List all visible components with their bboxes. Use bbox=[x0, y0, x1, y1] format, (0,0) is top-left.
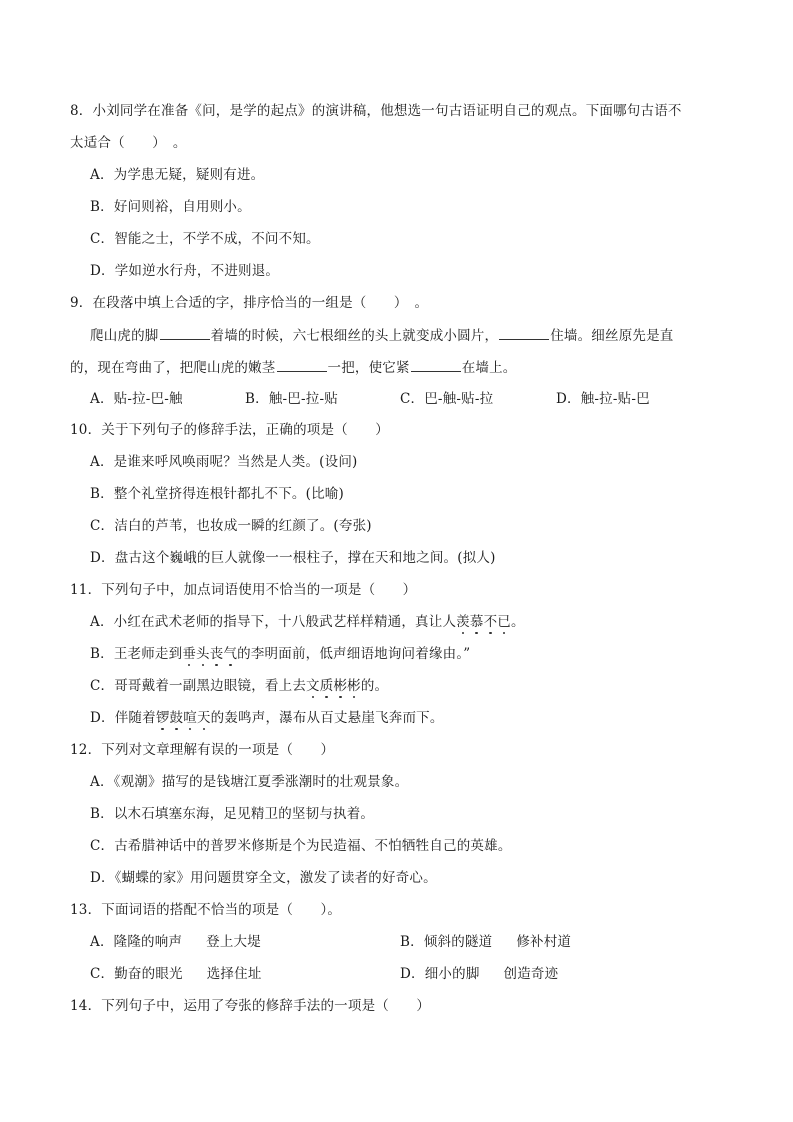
emphasis-dot-char: 丧 bbox=[210, 646, 224, 662]
fill-blank bbox=[160, 325, 210, 340]
fill-blank bbox=[499, 325, 549, 340]
q8-option-c: C．智能之士，不学不成，不问不知。 bbox=[90, 229, 320, 249]
question-number: 12． bbox=[70, 742, 101, 758]
q13-option-a: A．隆隆的响声登上大堤 bbox=[90, 932, 261, 952]
q8-option-d: D．学如逆水行舟，不进则退。 bbox=[90, 261, 279, 281]
q10-option-a: A．是谁来呼风唤雨呢？当然是人类。(设问) bbox=[90, 452, 357, 472]
q8-option-a: A．为学患无疑，疑则有进。 bbox=[90, 165, 264, 185]
question-9-stem: 9．在段落中填上合适的字，排序恰当的一组是（ ） 。 bbox=[70, 293, 428, 313]
q11-option-a: A．小红在武术老师的指导下，十八般武艺样样精通，真让人羡慕不已。 bbox=[90, 612, 525, 632]
question-11-stem: 11．下列句子中，加点词语使用不恰当的一项是（ ） bbox=[70, 580, 416, 600]
emphasis-dot-char: 质 bbox=[320, 678, 334, 694]
q13-option-c: C．勤奋的眼光选择住址 bbox=[90, 964, 262, 984]
question-13-stem: 13．下面词语的搭配不恰当的项是（ ）。 bbox=[70, 900, 341, 920]
emphasis-dotted-phrase: 文质彬彬 bbox=[306, 678, 361, 694]
emphasis-dot-char: 已 bbox=[497, 614, 511, 630]
emphasis-dotted-phrase: 垂头丧气 bbox=[182, 646, 237, 662]
q8-option-b: B．好问则裕，自用则小。 bbox=[90, 197, 251, 217]
q12-option-d: D．《蝴蝶的家》用问题贯穿全文，激发了读者的好奇心。 bbox=[90, 868, 437, 888]
q10-option-c: C．洁白的芦苇，也妆成一瞬的红颜了。(夸张) bbox=[90, 516, 372, 536]
fill-blank bbox=[277, 357, 327, 372]
emphasis-dot-char: 不 bbox=[484, 614, 498, 630]
emphasis-dot-char: 彬 bbox=[333, 678, 347, 694]
q11-option-c: C．哥哥戴着一副黑边眼镜，看上去文质彬彬的。 bbox=[90, 676, 388, 696]
question-number: 8． bbox=[70, 103, 93, 119]
q12-option-b: B．以木石填塞东海，足见精卫的坚韧与执着。 bbox=[90, 804, 374, 824]
emphasis-dot-char: 文 bbox=[306, 678, 320, 694]
question-8-stem: 8．小刘同学在准备《问，是学的起点》的演讲稿，他想选一句古语证明自己的观点。下面… bbox=[70, 101, 682, 121]
fill-blank bbox=[411, 357, 461, 372]
q13-option-d: D．细小的脚创造奇迹 bbox=[400, 964, 558, 984]
question-number: 9． bbox=[70, 295, 93, 311]
q12-option-c: C．古希腊神话中的普罗米修斯是个为民造福、不怕牺牲自己的英雄。 bbox=[90, 836, 512, 856]
emphasis-dotted-phrase: 羡慕不已 bbox=[456, 614, 511, 630]
document-page: 8．小刘同学在准备《问，是学的起点》的演讲稿，他想选一句古语证明自己的观点。下面… bbox=[0, 0, 793, 1122]
q11-option-b: B．王老师走到垂头丧气的李明面前，低声细语地询问着缘由。” bbox=[90, 644, 470, 664]
question-10-stem: 10．关于下列句子的修辞手法，正确的项是（ ） bbox=[70, 420, 389, 440]
question-8-stem-cont: 太适合（ ） 。 bbox=[70, 133, 187, 153]
emphasis-dot-char: 慕 bbox=[470, 614, 484, 630]
question-number: 10． bbox=[70, 422, 101, 438]
emphasis-dot-char: 鼓 bbox=[170, 710, 184, 726]
question-14-stem: 14．下列句子中，运用了夸张的修辞手法的一项是（ ） bbox=[70, 996, 430, 1016]
emphasis-dot-char: 彬 bbox=[347, 678, 361, 694]
emphasis-dot-char: 羡 bbox=[456, 614, 470, 630]
emphasis-dot-char: 锣 bbox=[156, 710, 170, 726]
q9-paragraph-line2: 的，现在弯曲了，把爬山虎的嫩茎一把，使它紧在墙上。 bbox=[70, 357, 517, 378]
question-number: 14． bbox=[70, 998, 101, 1014]
emphasis-dotted-phrase: 锣鼓喧天 bbox=[156, 710, 211, 726]
q13-option-b: B．倾斜的隧道修补村道 bbox=[400, 932, 571, 952]
q9-option-c: C．巴-触-贴-拉 bbox=[400, 389, 493, 409]
q10-option-b: B．整个礼堂挤得连根针都扎不下。(比喻) bbox=[90, 484, 344, 504]
emphasis-dot-char: 垂 bbox=[182, 646, 196, 662]
q9-option-d: D．触-拉-贴-巴 bbox=[556, 389, 650, 409]
q9-option-a: A．贴-拉-巴-触 bbox=[90, 389, 183, 409]
q9-paragraph-line1: 爬山虎的脚着墙的时候，六七根细丝的头上就变成小圆片，住墙。细丝原先是直 bbox=[90, 325, 674, 346]
question-number: 11． bbox=[70, 582, 101, 598]
emphasis-dot-char: 天 bbox=[197, 710, 211, 726]
emphasis-dot-char: 气 bbox=[223, 646, 237, 662]
emphasis-dot-char: 喧 bbox=[183, 710, 197, 726]
q10-option-d: D．盘古这个巍峨的巨人就像一一根柱子，撑在天和地之间。(拟人) bbox=[90, 548, 496, 568]
question-number: 13． bbox=[70, 902, 101, 918]
q9-option-b: B．触-巴-拉-贴 bbox=[245, 389, 338, 409]
q11-option-d: D．伴随着锣鼓喧天的轰鸣声，瀑布从百丈悬崖飞奔而下。 bbox=[90, 708, 444, 728]
emphasis-dot-char: 头 bbox=[196, 646, 210, 662]
q12-option-a: A．《观潮》描写的是钱塘江夏季涨潮时的壮观景象。 bbox=[90, 772, 408, 792]
question-12-stem: 12．下列对文章理解有误的一项是（ ） bbox=[70, 740, 334, 760]
